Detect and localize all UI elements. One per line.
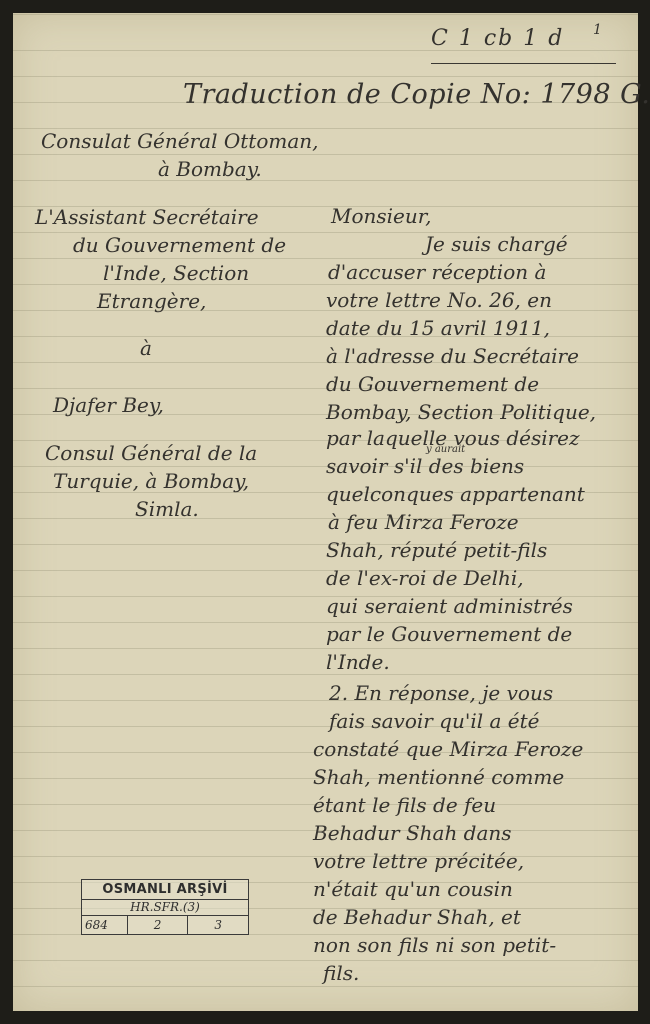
paragraph-1-line: à l'adresse du Secrétaire xyxy=(326,346,579,366)
paragraph-2-line: Shah, mentionné comme xyxy=(313,767,564,787)
paragraph-1-line: Shah, réputé petit-fils xyxy=(326,540,547,560)
from-line: Etrangère, xyxy=(97,291,206,311)
sender-line: Consulat Général Ottoman, xyxy=(41,131,319,151)
paragraph-1-line: savoir s'il des biens xyxy=(326,456,524,476)
paragraph-1-line: par le Gouvernement de xyxy=(326,624,572,644)
document-title: Traduction de Copie No: 1798 G. xyxy=(183,81,650,108)
archive-stamp-row: 684 2 3 xyxy=(82,916,248,934)
paragraph-2-line: 2. En réponse, je vous xyxy=(329,683,553,703)
archive-stamp-title: OSMANLI ARŞİVİ xyxy=(82,880,248,900)
recipient-line: Djafer Bey, xyxy=(53,395,164,415)
paragraph-1-line: quelconques appartenant xyxy=(326,484,585,504)
archive-stamp: OSMANLI ARŞİVİ HR.SFR.(3) 684 2 3 xyxy=(81,879,249,935)
paragraph-1-line: d'accuser réception à xyxy=(328,262,546,282)
salutation: Monsieur, xyxy=(331,206,432,226)
paragraph-1-line: Je suis chargé xyxy=(425,234,568,254)
archive-gomlek-number: 2 xyxy=(127,916,188,934)
reference-underline xyxy=(431,63,616,64)
paragraph-2-line: constaté que Mirza Feroze xyxy=(313,739,583,759)
sender-line: à Bombay. xyxy=(158,159,262,179)
archive-collection-code: HR.SFR.(3) xyxy=(82,900,248,916)
paragraph-2-line: de Behadur Shah, et xyxy=(313,907,521,927)
paragraph-2-line: n'était qu'un cousin xyxy=(313,879,513,899)
paragraph-1-line: du Gouvernement de xyxy=(326,374,539,394)
paragraph-1-line: à feu Mirza Feroze xyxy=(328,512,519,532)
paragraph-1-line: date du 15 avril 1911, xyxy=(326,318,550,338)
paragraph-1-line: de l'ex-roi de Delhi, xyxy=(326,568,524,588)
paragraph-1-line: l'Inde. xyxy=(326,652,390,672)
from-line: du Gouvernement de xyxy=(73,235,286,255)
reference-mark: C 1 cb 1 d xyxy=(431,28,564,50)
paragraph-2-line: fais savoir qu'il a été xyxy=(329,711,540,731)
archive-page-number: 3 xyxy=(187,916,248,934)
paragraph-2-line: Behadur Shah dans xyxy=(313,823,512,843)
document-page: C 1 cb 1 d 1 Traduction de Copie No: 179… xyxy=(13,13,638,1011)
recipient-line: Turquie, à Bombay, xyxy=(53,471,249,491)
to-word: à xyxy=(140,338,152,358)
recipient-line: Simla. xyxy=(135,499,199,519)
reference-page-number: 1 xyxy=(593,23,602,37)
paragraph-1-line: qui seraient administrés xyxy=(326,596,573,616)
from-line: l'Inde, Section xyxy=(103,263,249,283)
paragraph-2-line: votre lettre précitée, xyxy=(313,851,524,871)
recipient-line: Consul Général de la xyxy=(45,443,257,463)
paragraph-1-line: Bombay, Section Politique, xyxy=(326,402,596,422)
paragraph-2-line: étant le fils de feu xyxy=(313,795,496,815)
paragraph-2-line: fils. xyxy=(323,963,359,983)
from-line: L'Assistant Secrétaire xyxy=(35,207,259,227)
archive-dossier-number: 684 xyxy=(82,916,127,934)
paragraph-1-line: votre lettre No. 26, en xyxy=(326,290,552,310)
paragraph-2-line: non son fils ni son petit- xyxy=(313,935,556,955)
